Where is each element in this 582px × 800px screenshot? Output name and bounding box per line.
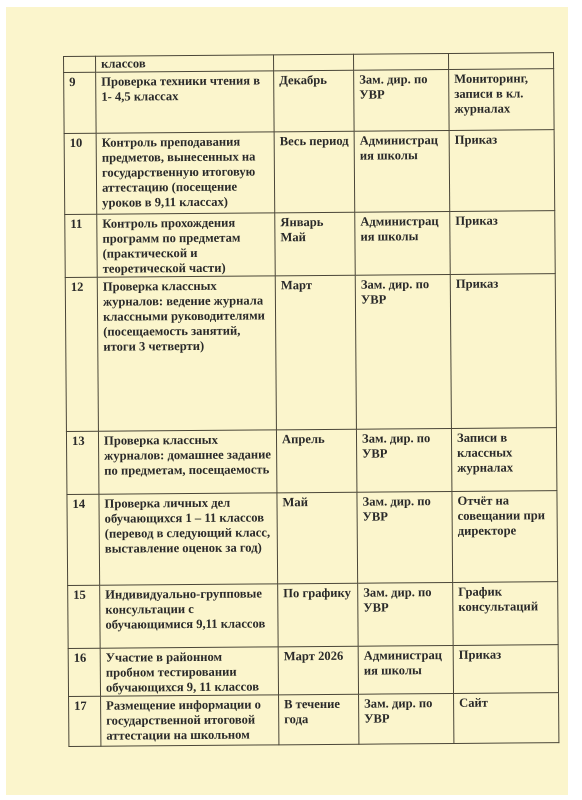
cell-num: 14: [67, 494, 100, 585]
cell-date: По графику: [278, 583, 358, 647]
cell-task: Проверка классных журналов: домашнее зад…: [98, 430, 276, 494]
cell-result: График консультаций: [453, 582, 558, 646]
cell-result: Мониторинг, записи в кл. журналах: [449, 69, 554, 131]
cell-responsible: Администрац ия школы: [354, 130, 450, 212]
table-row: 13 Проверка классных журналов: домашнее …: [66, 428, 556, 495]
cell-date: Март: [275, 275, 356, 430]
cell-num: 17: [69, 696, 101, 746]
cell-responsible: [353, 53, 448, 70]
cell-date: Декабрь: [274, 70, 354, 132]
cell-num: 9: [64, 72, 96, 133]
cell-date: В течение года: [279, 694, 359, 745]
cell-result: Приказ: [450, 211, 555, 275]
cell-task: Контроль преподавания предметов, вынесен…: [96, 132, 275, 214]
cell-task: Индивидуально-групповые консультации с о…: [100, 584, 278, 648]
cell-task: Проверка личных дел обучающихся 1 – 11 к…: [99, 493, 278, 585]
cell-date: Май: [277, 492, 358, 584]
cell-date: Январь Май: [275, 212, 355, 276]
cell-num: 10: [64, 133, 97, 214]
cell-date: [273, 54, 353, 71]
cell-result: Сайт: [454, 693, 559, 744]
cell-responsible: Администрац ия школы: [355, 211, 450, 275]
cell-task: Проверка классных журналов: ведение журн…: [97, 276, 276, 431]
table-row: 16 Участие в районном пробном тестирован…: [68, 645, 558, 697]
cell-result: Записи в классных журналах: [451, 428, 556, 492]
cell-num: 13: [66, 431, 98, 494]
cell-responsible: Зам. дир. по УВР: [356, 428, 451, 492]
cell-responsible: Зам. дир. по УВР: [357, 491, 453, 583]
cell-num: 12: [65, 277, 98, 431]
cell-task: Участие в районном пробном тестировании …: [100, 647, 278, 696]
table-row: 11 Контроль прохождения программ по пред…: [65, 211, 555, 278]
cell-result: Приказ: [453, 645, 558, 694]
cell-responsible: Зам. дир. по УВР: [359, 693, 454, 744]
cell-task: классов: [96, 55, 274, 72]
table-row: 12 Проверка классных журналов: ведение ж…: [65, 274, 556, 432]
cell-responsible: Зам. дир. по УВР: [354, 69, 449, 131]
table-row: 14 Проверка личных дел обучающихся 1 – 1…: [67, 491, 558, 586]
cell-responsible: Администрац ия школы: [358, 645, 453, 694]
cell-num: 15: [68, 585, 100, 648]
scanned-page: классов 9 Проверка техники чтения в 1- 4…: [6, 7, 568, 795]
cell-num: 11: [65, 214, 97, 277]
cell-num: 16: [68, 648, 100, 696]
cell-date: Апрель: [276, 429, 356, 493]
cell-task: Контроль прохождения программ по предмет…: [97, 213, 275, 277]
table-row: 15 Индивидуально-групповые консультации …: [68, 582, 558, 649]
cell-date: Весь период: [274, 131, 355, 213]
cell-result: Приказ: [449, 130, 555, 212]
table-row: 10 Контроль преподавания предметов, выне…: [64, 130, 555, 215]
cell-responsible: Зам. дир. по УВР: [355, 274, 451, 429]
cell-result: [448, 53, 553, 70]
cell-num: [64, 56, 96, 72]
cell-date: Март 2026: [278, 646, 358, 695]
cell-task: Проверка техники чтения в 1- 4,5 классах: [96, 71, 274, 133]
table-row: 9 Проверка техники чтения в 1- 4,5 класс…: [64, 69, 554, 134]
control-plan-table: классов 9 Проверка техники чтения в 1- 4…: [63, 52, 559, 747]
cell-result: Приказ: [450, 274, 556, 429]
cell-result: Отчёт на совещании при директоре: [452, 491, 558, 583]
cell-responsible: Зам. дир. по УВР: [358, 582, 453, 646]
table-row: 17 Размещение информации о государственн…: [69, 693, 559, 747]
cell-task: Размещение информации о государственной …: [101, 695, 279, 746]
